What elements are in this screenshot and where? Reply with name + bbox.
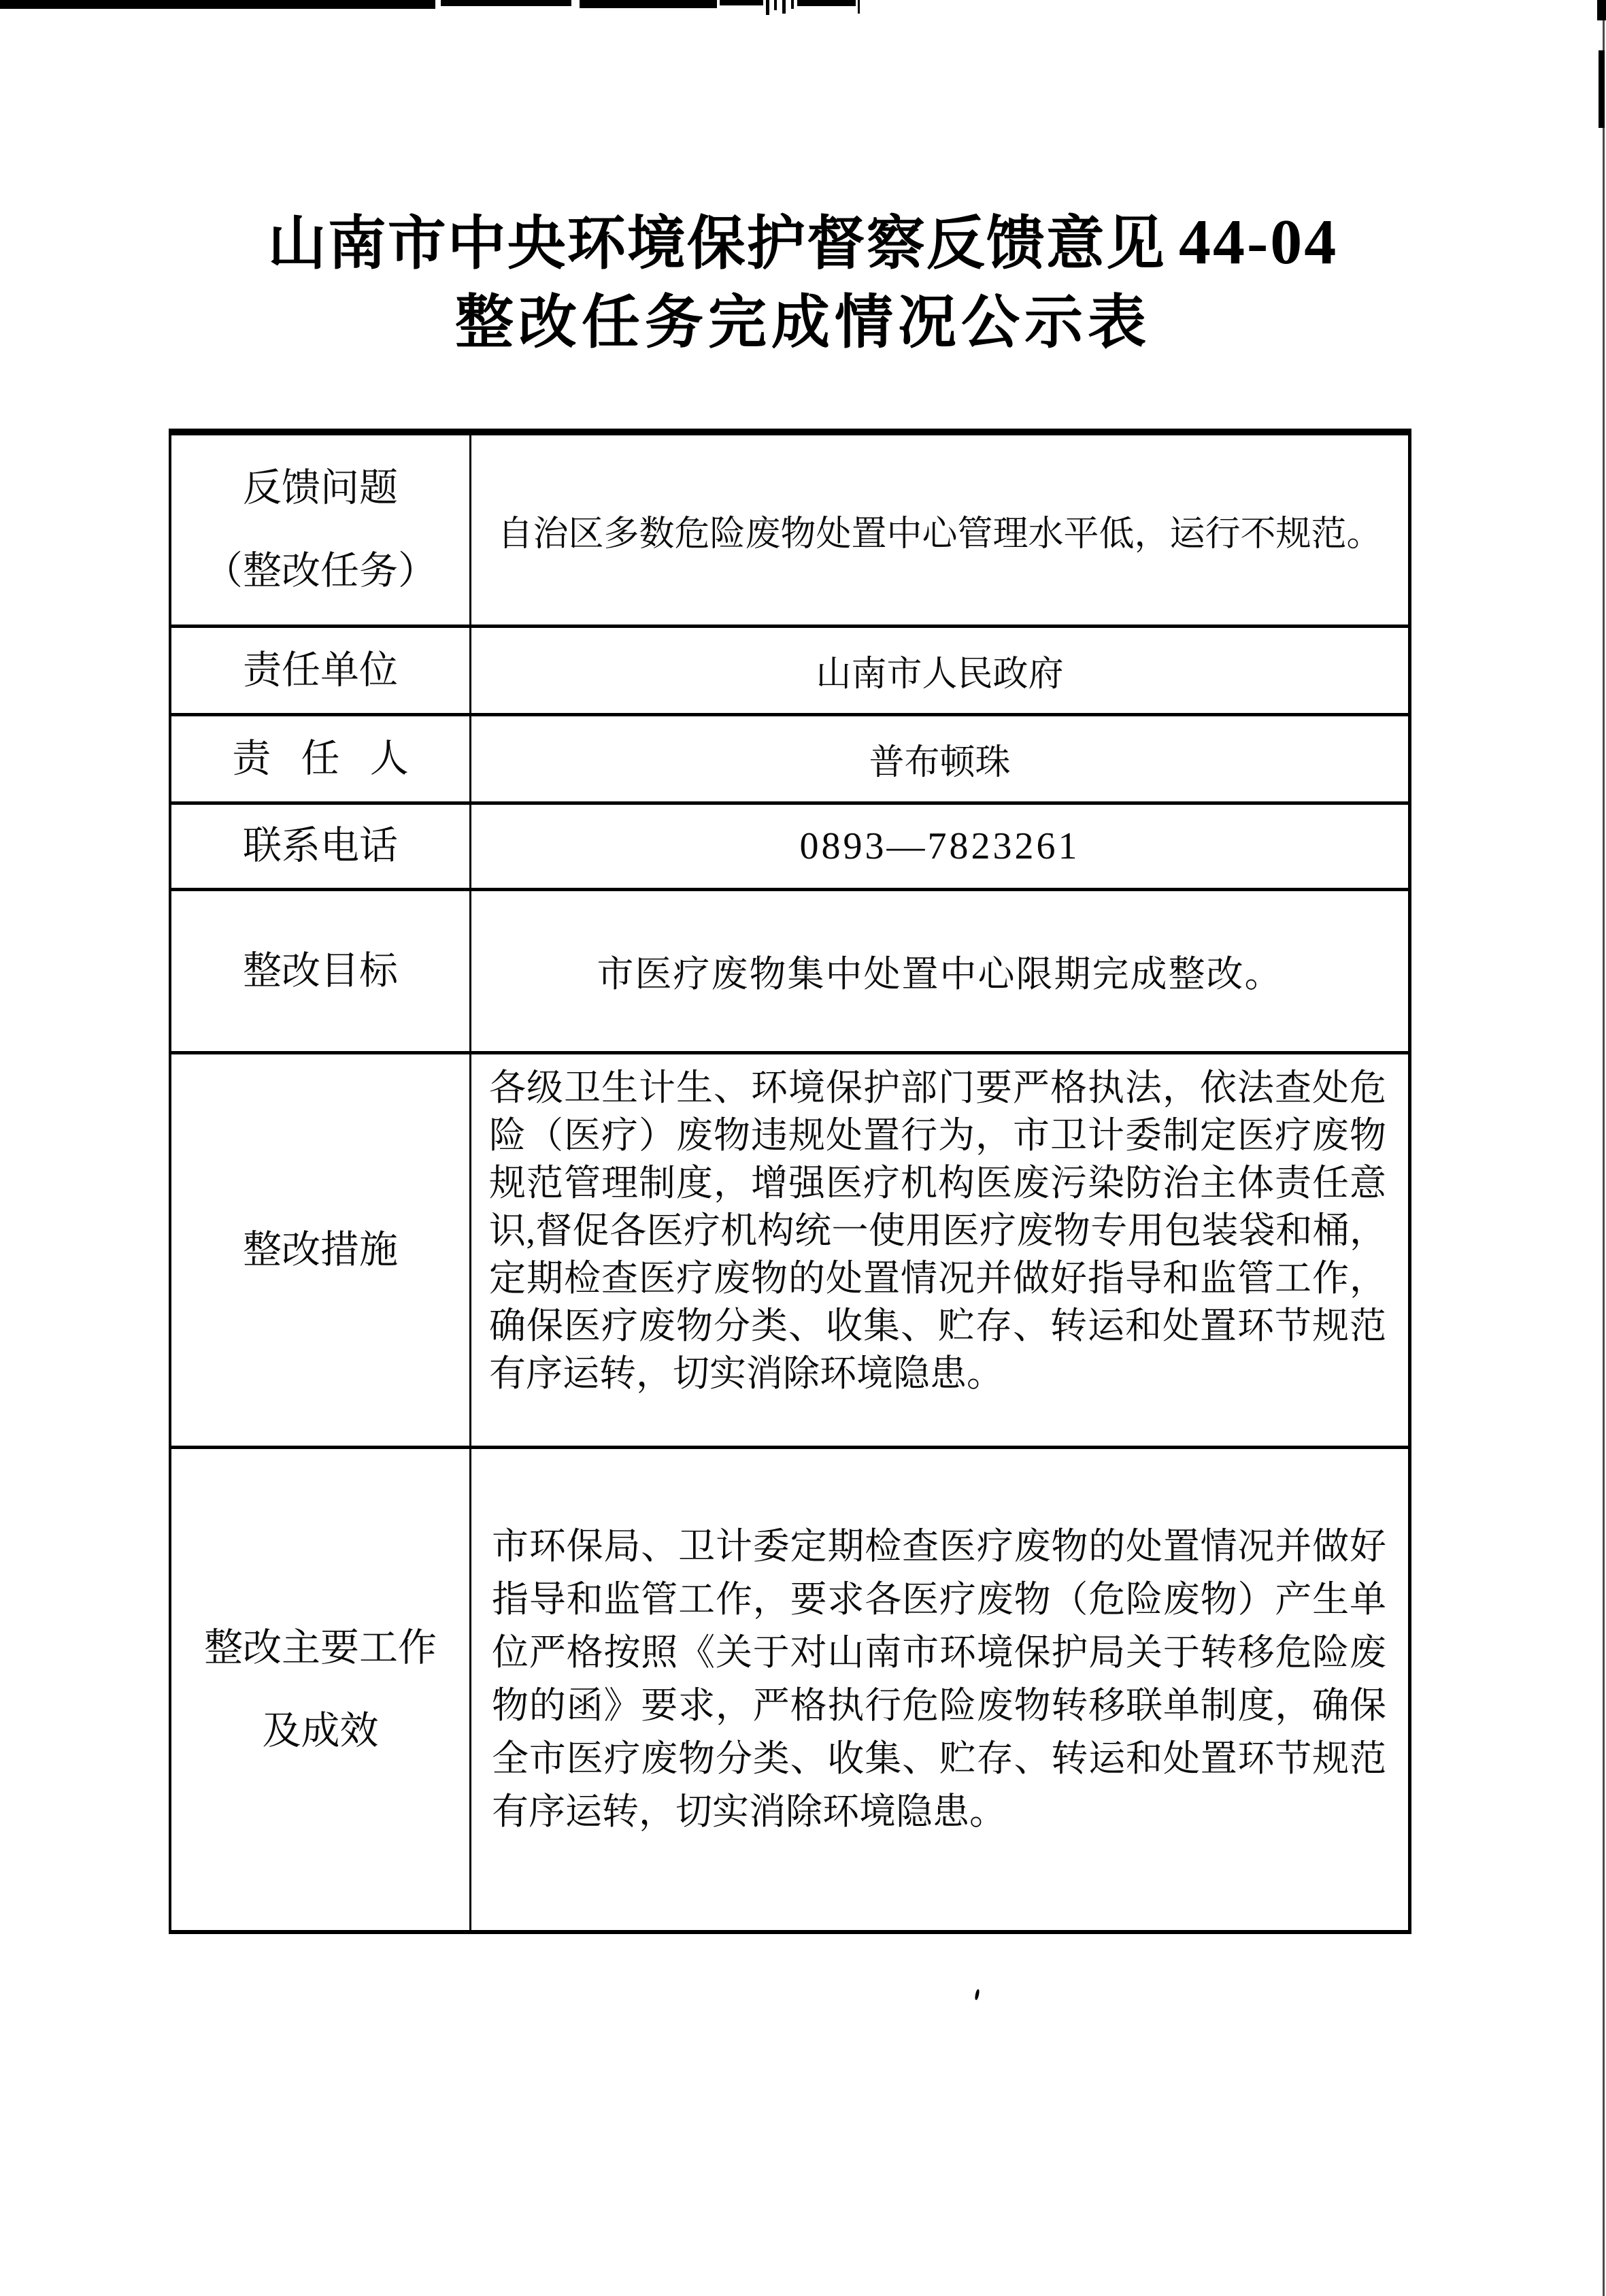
scan-artifact-tick (766, 0, 769, 15)
row-label-rectification-measures: 整改措施 (171, 1054, 471, 1446)
scan-artifact-top-bar (0, 0, 435, 9)
table-row-responsible-unit: 责任单位 山南市人民政府 (171, 625, 1408, 713)
document-title-text: 山南市中央环境保护督察反馈意见 (268, 211, 1166, 276)
row-label-line: 整改主要工作 (204, 1607, 437, 1690)
scan-artifact-right-corner (1597, 0, 1606, 20)
row-value-main-work-and-results: 市环保局、卫计委定期检查医疗废物的处置情况并做好指导和监管工作，要求各医疗废物（… (471, 1449, 1408, 1930)
table-row-contact-phone: 联系电话 0893—7823261 (171, 801, 1408, 888)
row-value-rectification-goal: 市医疗废物集中处置中心限期完成整改。 (471, 891, 1408, 1051)
scan-artifact-top-bar (797, 0, 856, 6)
row-label-rectification-goal: 整改目标 (171, 891, 471, 1051)
scan-artifact-tick (774, 0, 777, 10)
row-label-main-work-and-results: 整改主要工作 及成效 (171, 1449, 471, 1930)
scan-artifact-right-edge-block (1599, 50, 1605, 128)
rectification-notice-table: 反馈问题 （整改任务） 自治区多数危险废物处置中心管理水平低，运行不规范。 责任… (169, 429, 1411, 1934)
table-row-feedback-problem: 反馈问题 （整改任务） 自治区多数危险废物处置中心管理水平低，运行不规范。 (171, 435, 1408, 625)
row-label-line: 反馈问题 (243, 447, 398, 530)
document-title-number: 44-04 (1179, 207, 1338, 278)
scan-artifact-tick (782, 0, 786, 14)
row-label-responsible-unit: 责任单位 (171, 628, 471, 713)
row-label-line: 及成效 (263, 1690, 379, 1773)
scan-artifact-tick (791, 0, 794, 9)
row-label-feedback-problem: 反馈问题 （整改任务） (171, 435, 471, 625)
scan-artifact-top-bar (441, 0, 571, 6)
row-label-contact-phone: 联系电话 (171, 805, 471, 888)
row-value-responsible-person: 普布顿珠 (471, 716, 1408, 801)
row-value-contact-phone: 0893—7823261 (471, 805, 1408, 888)
document-title-line-1: 山南市中央环境保护督察反馈意见 44-04 (0, 196, 1606, 280)
scan-artifact-speck (974, 1989, 980, 2001)
table-row-rectification-goal: 整改目标 市医疗废物集中处置中心限期完成整改。 (171, 888, 1408, 1051)
table-row-responsible-person: 责 任 人 普布顿珠 (171, 713, 1408, 801)
document-title-line-2: 整改任务完成情况公示表 (0, 275, 1606, 359)
document-title-spacer (1166, 211, 1179, 276)
row-value-rectification-measures: 各级卫生计生、环境保护部门要严格执法，依法查处危险（医疗）废物违规处置行为，市卫… (471, 1054, 1408, 1446)
scan-artifact-top-bar (720, 0, 763, 5)
scan-artifact-top-bar (580, 0, 717, 8)
scanned-document-page: 山南市中央环境保护督察反馈意见 44-04 整改任务完成情况公示表 反馈问题 （… (0, 0, 1606, 2296)
row-label-responsible-person: 责 任 人 (171, 716, 471, 801)
table-row-rectification-measures: 整改措施 各级卫生计生、环境保护部门要严格执法，依法查处危险（医疗）废物违规处置… (171, 1051, 1408, 1446)
row-label-line: （整改任务） (204, 530, 437, 613)
row-value-responsible-unit: 山南市人民政府 (471, 628, 1408, 713)
scan-artifact-tick (858, 0, 860, 14)
table-row-main-work-and-results: 整改主要工作 及成效 市环保局、卫计委定期检查医疗废物的处置情况并做好指导和监管… (171, 1446, 1408, 1930)
row-value-feedback-problem: 自治区多数危险废物处置中心管理水平低，运行不规范。 (471, 435, 1408, 625)
